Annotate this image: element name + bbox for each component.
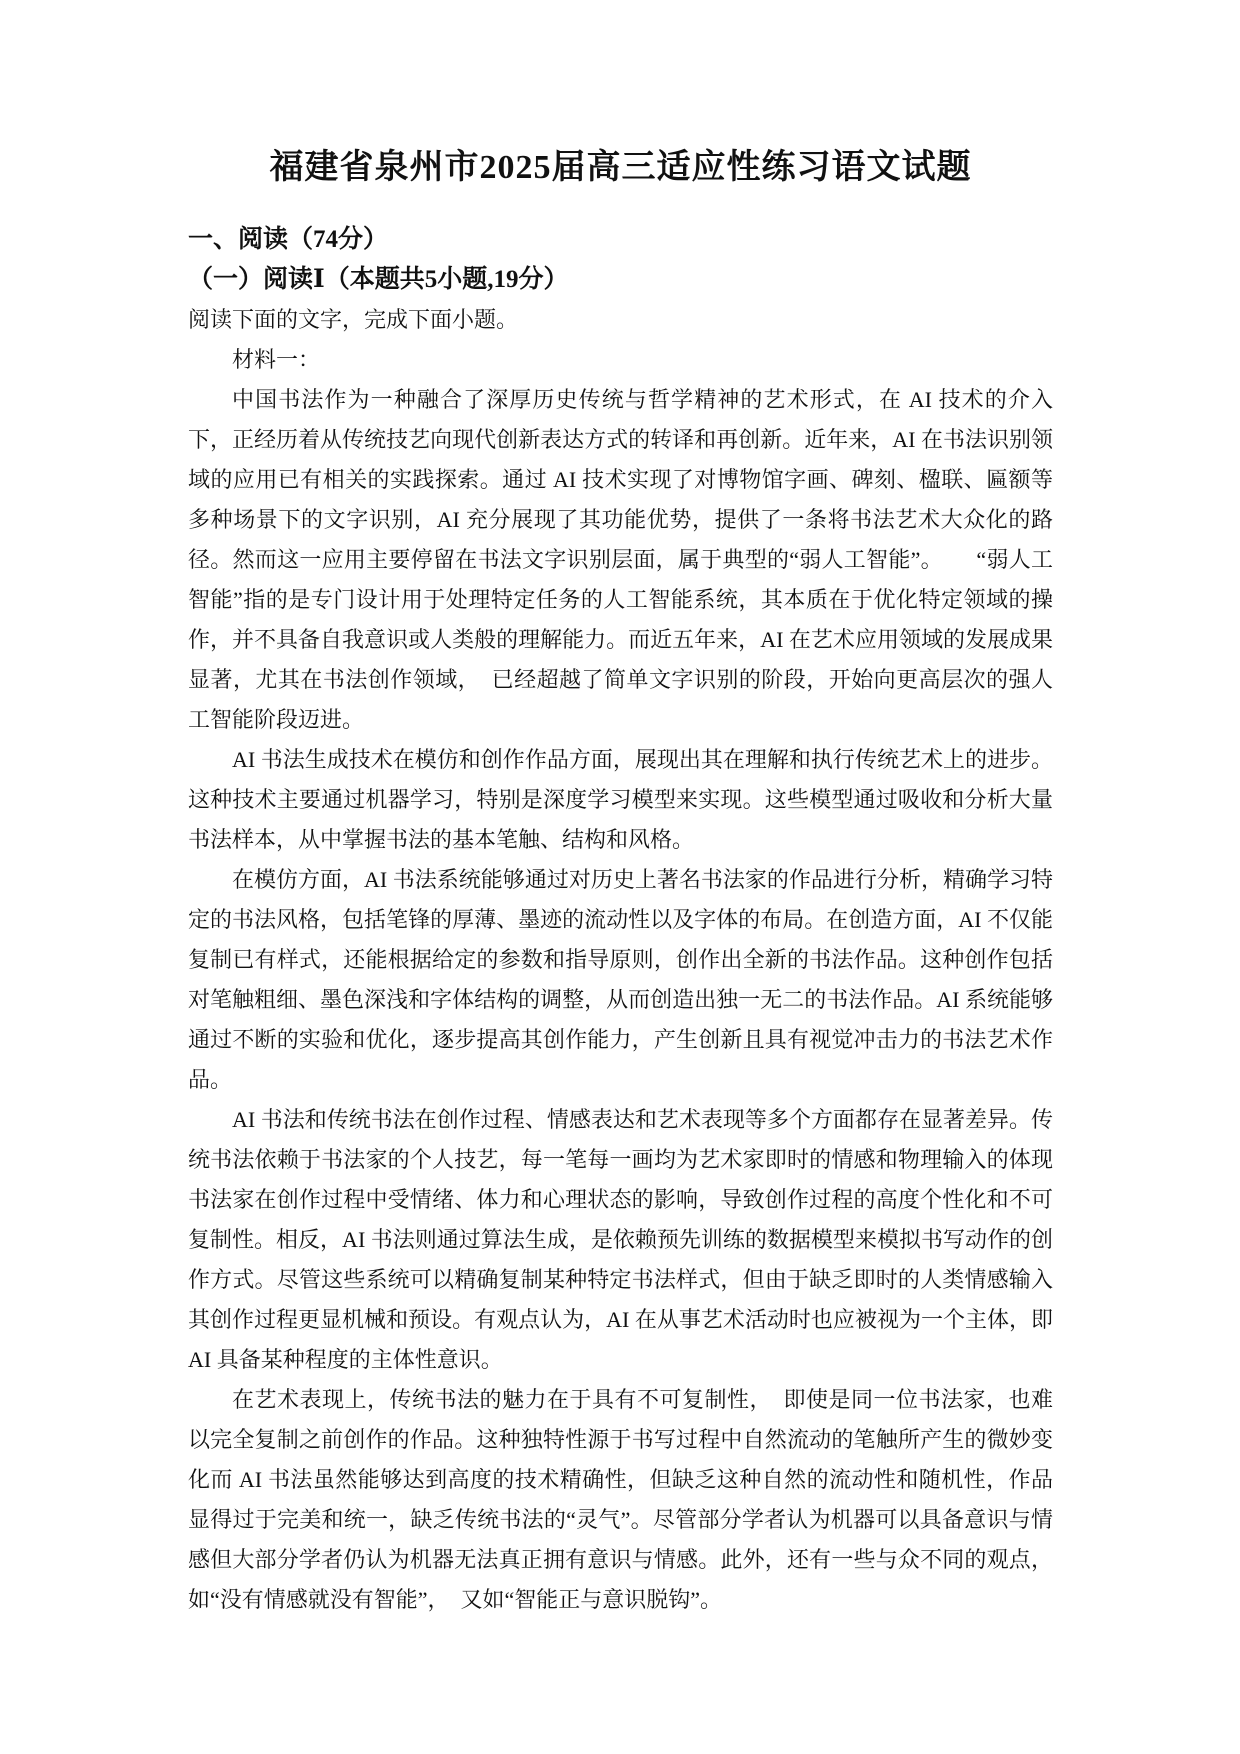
page-title: 福建省泉州市2025届高三适应性练习语文试题: [188, 146, 1053, 190]
subsection-heading-reading-1: （一）阅读Ⅰ（本题共5小题,19分）: [188, 260, 1053, 300]
material-paragraph: 中国书法作为一种融合了深厚历史传统与哲学精神的艺术形式，在 AI 技术的介入下，…: [188, 380, 1053, 740]
material-paragraph: 在艺术表现上，传统书法的魅力在于具有不可复制性， 即使是同一位书法家，也难以完全…: [188, 1380, 1053, 1620]
material-paragraph: 在模仿方面，AI 书法系统能够通过对历史上著名书法家的作品进行分析，精确学习特定…: [188, 860, 1053, 1100]
section-heading-reading: 一、阅读（74分）: [188, 220, 1053, 260]
material-paragraph: AI 书法和传统书法在创作过程、情感表达和艺术表现等多个方面都存在显著差异。传统…: [188, 1100, 1053, 1380]
material-paragraph: AI 书法生成技术在模仿和创作作品方面，展现出其在理解和执行传统艺术上的进步。这…: [188, 740, 1053, 860]
material-one-label: 材料一：: [188, 340, 1053, 380]
exam-page: 福建省泉州市2025届高三适应性练习语文试题 一、阅读（74分） （一）阅读Ⅰ（…: [0, 0, 1240, 1754]
reading-instruction: 阅读下面的文字，完成下面小题。: [188, 300, 1053, 340]
material-paragraphs: 中国书法作为一种融合了深厚历史传统与哲学精神的艺术形式，在 AI 技术的介入下，…: [188, 380, 1053, 1620]
